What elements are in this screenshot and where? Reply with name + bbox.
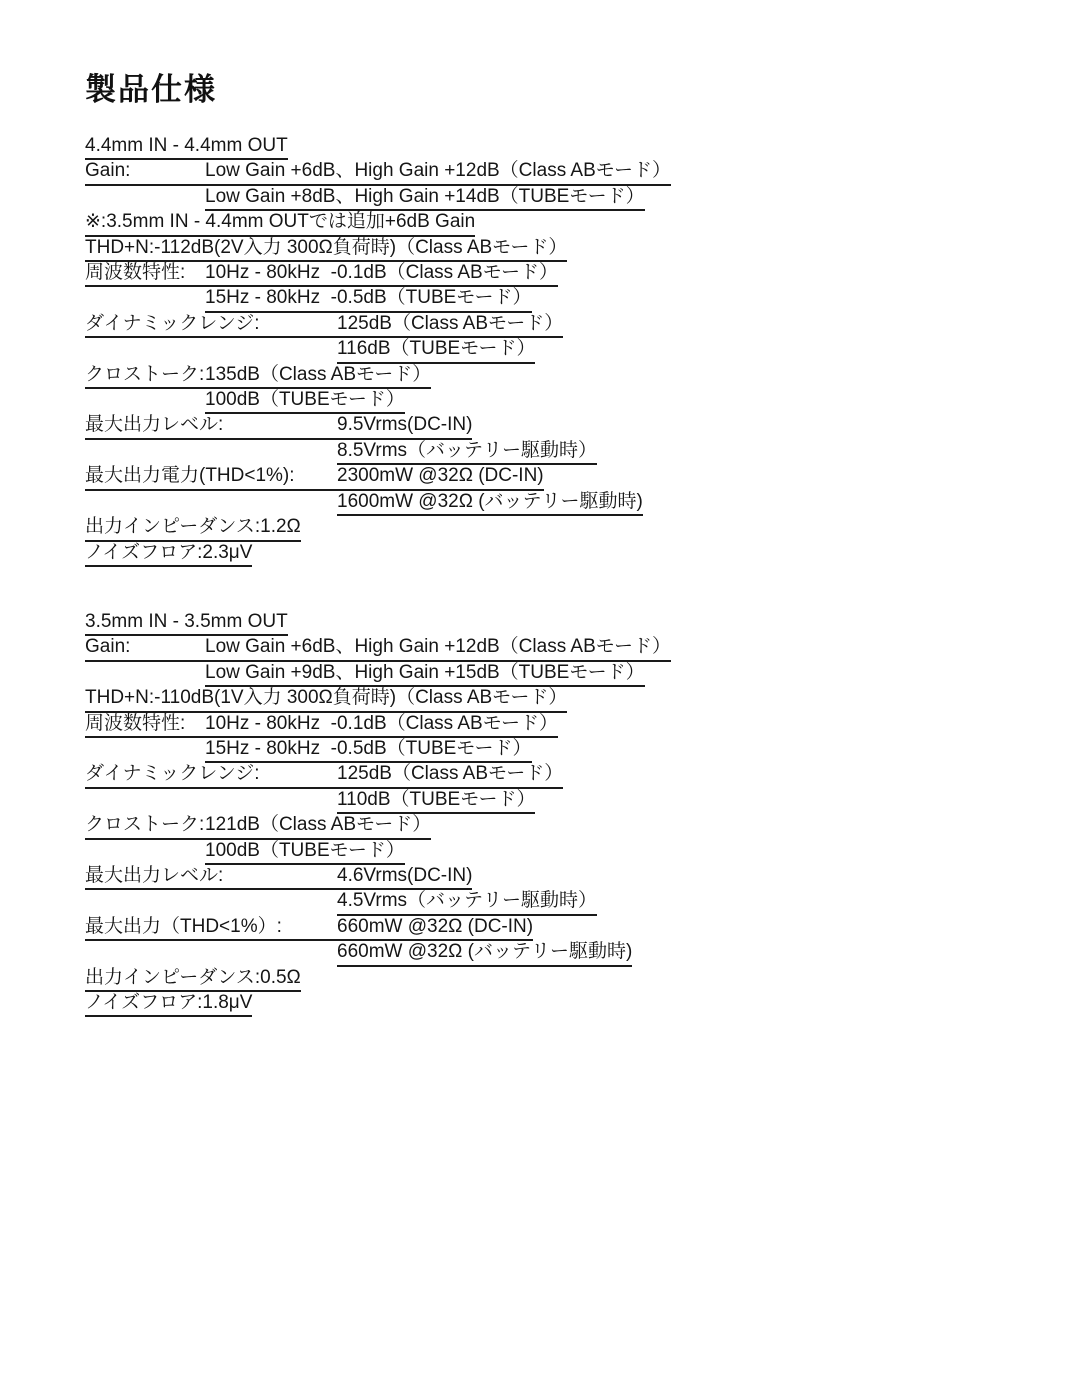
spec-label: ダイナミックレンジ: bbox=[85, 763, 337, 785]
spec-line: 最大出力レベル:9.5Vrms(DC-IN) bbox=[85, 414, 472, 439]
spec-line: ※:3.5mm IN - 4.4mm OUTでは追加+6dB Gain bbox=[85, 211, 475, 236]
section-heading: 3.5mm IN - 3.5mm OUT bbox=[85, 611, 288, 636]
spec-value: 15Hz - 80kHz -0.5dB（TUBEモード） bbox=[205, 287, 532, 309]
spec-value: 100dB（TUBEモード） bbox=[205, 840, 405, 862]
spec-line: ノイズフロア:1.8μV bbox=[85, 992, 252, 1017]
spec-value: 4.5Vrms（バッテリー駆動時） bbox=[337, 890, 597, 912]
section-heading: 4.4mm IN - 4.4mm OUT bbox=[85, 135, 288, 160]
spec-value: Low Gain +9dB、High Gain +15dB（TUBEモード） bbox=[205, 662, 645, 684]
spec-line: ダイナミックレンジ:125dB（Class ABモード） bbox=[85, 313, 563, 338]
spec-value: 660mW @32Ω (DC-IN) bbox=[337, 916, 533, 938]
spec-label: 最大出力（THD<1%）: bbox=[85, 916, 337, 938]
spec-line: 116dB（TUBEモード） bbox=[337, 338, 535, 363]
spec-line: Gain:Low Gain +6dB、High Gain +12dB（Class… bbox=[85, 160, 671, 185]
spec-line: 4.5Vrms（バッテリー駆動時） bbox=[337, 890, 597, 915]
spec-line: 15Hz - 80kHz -0.5dB（TUBEモード） bbox=[205, 287, 532, 312]
spec-line: 周波数特性:10Hz - 80kHz -0.1dB（Class ABモード） bbox=[85, 713, 558, 738]
spec-document: 製品仕様 4.4mm IN - 4.4mm OUTGain:Low Gain +… bbox=[0, 0, 1069, 1389]
spec-value: 100dB（TUBEモード） bbox=[205, 389, 405, 411]
spec-label: Gain: bbox=[85, 636, 205, 658]
spec-value: 125dB（Class ABモード） bbox=[337, 313, 563, 335]
spec-value: 2300mW @32Ω (DC-IN) bbox=[337, 465, 544, 487]
spec-line: 出力インピーダンス:1.2Ω bbox=[85, 516, 301, 541]
spec-line: 8.5Vrms（バッテリー駆動時） bbox=[337, 440, 597, 465]
spec-line: 660mW @32Ω (バッテリー駆動時) bbox=[337, 941, 632, 966]
spec-line: Gain:Low Gain +6dB、High Gain +12dB（Class… bbox=[85, 636, 671, 661]
spec-line: THD+N:-112dB(2V入力 300Ω負荷時)（Class ABモード） bbox=[85, 237, 567, 262]
spec-line: Low Gain +9dB、High Gain +15dB（TUBEモード） bbox=[205, 662, 645, 687]
spec-value: Low Gain +6dB、High Gain +12dB（Class ABモー… bbox=[205, 160, 671, 182]
spec-label: 最大出力レベル: bbox=[85, 865, 337, 887]
spec-label: 最大出力電力(THD<1%): bbox=[85, 465, 337, 487]
spec-line: 出力インピーダンス:0.5Ω bbox=[85, 967, 301, 992]
spec-line: 周波数特性:10Hz - 80kHz -0.1dB（Class ABモード） bbox=[85, 262, 558, 287]
spec-value: 15Hz - 80kHz -0.5dB（TUBEモード） bbox=[205, 738, 532, 760]
spec-value: 8.5Vrms（バッテリー駆動時） bbox=[337, 440, 597, 462]
spec-label: Gain: bbox=[85, 160, 205, 182]
spec-line: クロストーク:121dB（Class ABモード） bbox=[85, 814, 431, 839]
spec-line: 最大出力電力(THD<1%):2300mW @32Ω (DC-IN) bbox=[85, 465, 544, 490]
spec-value: Low Gain +6dB、High Gain +12dB（Class ABモー… bbox=[205, 636, 671, 658]
spec-text: 出力インピーダンス:1.2Ω bbox=[85, 516, 301, 538]
spec-line: 最大出力レベル:4.6Vrms(DC-IN) bbox=[85, 865, 472, 890]
spec-section: 4.4mm IN - 4.4mm OUTGain:Low Gain +6dB、H… bbox=[85, 135, 1029, 567]
spec-line: クロストーク:135dB（Class ABモード） bbox=[85, 364, 431, 389]
spec-label: ダイナミックレンジ: bbox=[85, 313, 337, 335]
spec-line: 100dB（TUBEモード） bbox=[205, 389, 405, 414]
spec-value: 110dB（TUBEモード） bbox=[337, 789, 535, 811]
spec-value: 121dB（Class ABモード） bbox=[205, 814, 431, 836]
spec-line: 15Hz - 80kHz -0.5dB（TUBEモード） bbox=[205, 738, 532, 763]
spec-line: THD+N:-110dB(1V入力 300Ω負荷時)（Class ABモード） bbox=[85, 687, 567, 712]
spec-label: クロストーク: bbox=[85, 814, 205, 836]
spec-text: 出力インピーダンス:0.5Ω bbox=[85, 967, 301, 989]
spec-label: 周波数特性: bbox=[85, 262, 205, 284]
spec-sections: 4.4mm IN - 4.4mm OUTGain:Low Gain +6dB、H… bbox=[85, 135, 1029, 1017]
spec-line: 100dB（TUBEモード） bbox=[205, 840, 405, 865]
spec-text: ノイズフロア:1.8μV bbox=[85, 992, 252, 1014]
spec-section: 3.5mm IN - 3.5mm OUTGain:Low Gain +6dB、H… bbox=[85, 611, 1029, 1018]
spec-label: 周波数特性: bbox=[85, 713, 205, 735]
spec-value: 4.6Vrms(DC-IN) bbox=[337, 865, 472, 887]
spec-value: 135dB（Class ABモード） bbox=[205, 364, 431, 386]
spec-value: 660mW @32Ω (バッテリー駆動時) bbox=[337, 941, 632, 963]
spec-text: THD+N:-110dB(1V入力 300Ω負荷時)（Class ABモード） bbox=[85, 687, 567, 709]
spec-line: Low Gain +8dB、High Gain +14dB（TUBEモード） bbox=[205, 186, 645, 211]
spec-line: 最大出力（THD<1%）:660mW @32Ω (DC-IN) bbox=[85, 916, 533, 941]
spec-value: 9.5Vrms(DC-IN) bbox=[337, 414, 472, 436]
spec-value: Low Gain +8dB、High Gain +14dB（TUBEモード） bbox=[205, 186, 645, 208]
spec-line: ダイナミックレンジ:125dB（Class ABモード） bbox=[85, 763, 563, 788]
spec-value: 125dB（Class ABモード） bbox=[337, 763, 563, 785]
spec-text: ノイズフロア:2.3μV bbox=[85, 542, 252, 564]
spec-value: 1600mW @32Ω (バッテリー駆動時) bbox=[337, 491, 643, 513]
spec-label: クロストーク: bbox=[85, 364, 205, 386]
spec-label: 最大出力レベル: bbox=[85, 414, 337, 436]
spec-line: 1600mW @32Ω (バッテリー駆動時) bbox=[337, 491, 643, 516]
spec-text: THD+N:-112dB(2V入力 300Ω負荷時)（Class ABモード） bbox=[85, 237, 567, 259]
spec-text: ※:3.5mm IN - 4.4mm OUTでは追加+6dB Gain bbox=[85, 211, 475, 233]
spec-value: 10Hz - 80kHz -0.1dB（Class ABモード） bbox=[205, 713, 558, 735]
spec-value: 10Hz - 80kHz -0.1dB（Class ABモード） bbox=[205, 262, 558, 284]
spec-line: ノイズフロア:2.3μV bbox=[85, 542, 252, 567]
spec-value: 116dB（TUBEモード） bbox=[337, 338, 535, 360]
spec-line: 110dB（TUBEモード） bbox=[337, 789, 535, 814]
page-title: 製品仕様 bbox=[85, 64, 1029, 109]
